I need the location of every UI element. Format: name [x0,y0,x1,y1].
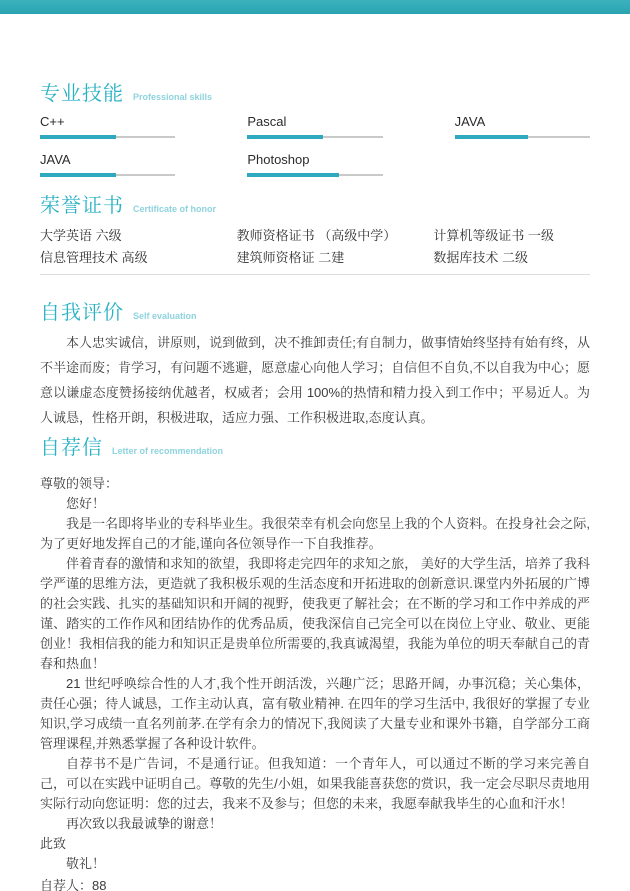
skill-item-pascal: Pascal [247,114,382,139]
skill-bar-fill [247,173,339,177]
resume-content: 专业技能 Professional skills C++ Pascal JAVA [0,82,630,891]
self-evaluation-text: 本人忠实诚信，讲原则，说到做到，决不推卸责任;有自制力，做事情始终坚持有始有终，… [40,330,590,430]
skill-bar-fill [247,135,323,139]
eval-section-subtitle: Self evaluation [133,311,197,321]
honors-section-subtitle: Certificate of honor [133,204,216,214]
letter-paragraph: 21 世纪呼唤综合性的人才,我个性开朗活泼，兴趣广泛；思路开阔，办事沉稳；关心集… [40,674,590,754]
letter-paragraph: 自荐书不是广告词，不是通行证。但我知道：一个青年人，可以通过不断的学习来完善自己… [40,754,590,814]
letter-salutation: 尊敬的领导： [40,474,590,494]
section-certificates: 荣誉证书 Certificate of honor 大学英语 六级 教师资格证书… [40,194,590,275]
letter-paragraph: 您好！ [40,494,590,514]
letter-paragraph: 再次致以我最诚挚的谢意！ [40,814,590,834]
section-recommendation-letter: 自荐信 Letter of recommendation 尊敬的领导： 您好！ … [40,436,590,891]
skill-bar [40,173,175,177]
letter-section-subtitle: Letter of recommendation [112,446,223,456]
skill-bar [247,135,382,139]
skill-bar-fill [455,135,528,139]
section-professional-skills: 专业技能 Professional skills C++ Pascal JAVA [40,82,590,177]
certificate-item: 计算机等级证书 一级 [433,225,590,247]
letter-paragraph: 伴着青春的激情和求知的欲望，我即将走完四年的求知之旅， 美好的大学生活，培养了我… [40,554,590,674]
certificate-item: 教师资格证书 （高级中学） [237,225,394,247]
letter-section-title: 自荐信 [40,436,103,460]
skill-bar [40,135,175,139]
skill-bar [455,135,590,139]
letter-paragraph: 我是一名即将毕业的专科毕业生。我很荣幸有机会向您呈上我的个人资料。在投身社会之际… [40,514,590,554]
certificate-item: 信息管理技术 高级 [40,247,197,269]
letter-closing-word: 此致 [40,834,590,854]
letter-section-header: 自荐信 Letter of recommendation [40,436,590,460]
skill-bar [247,173,382,177]
skill-item-photoshop: Photoshop [247,152,382,177]
skill-bar-fill [40,173,116,177]
skills-section-header: 专业技能 Professional skills [40,82,590,106]
letter-signature: 自荐人：88 [40,876,590,891]
skill-label: C++ [40,114,175,129]
skill-label: JAVA [40,152,175,167]
honors-section-title: 荣誉证书 [40,194,124,218]
certificate-item: 大学英语 六级 [40,225,197,247]
letter-salute-word: 敬礼！ [40,854,590,874]
skill-item-java-2: JAVA [40,152,175,177]
skill-label: Pascal [247,114,382,129]
honors-section-header: 荣誉证书 Certificate of honor [40,194,590,218]
skill-label: Photoshop [247,152,382,167]
certificate-item: 建筑师资格证 二建 [237,247,394,269]
section-divider [40,274,590,275]
certificate-item: 数据库技术 二级 [433,247,590,269]
skills-section-subtitle: Professional skills [133,92,212,102]
section-self-evaluation: 自我评价 Self evaluation 本人忠实诚信，讲原则，说到做到，决不推… [40,301,590,430]
skill-label: JAVA [455,114,590,129]
letter-body: 尊敬的领导： 您好！ 我是一名即将毕业的专科毕业生。我很荣幸有机会向您呈上我的个… [40,474,590,891]
skill-item-java-1: JAVA [455,114,590,139]
skills-grid: C++ Pascal JAVA [40,114,590,177]
page-top-accent-bar [0,0,630,14]
honors-grid: 大学英语 六级 教师资格证书 （高级中学） 计算机等级证书 一级 信息管理技术 … [40,225,590,269]
eval-section-title: 自我评价 [40,301,124,325]
skill-item-cpp: C++ [40,114,175,139]
eval-section-header: 自我评价 Self evaluation [40,301,590,325]
skill-bar-fill [40,135,116,139]
skills-section-title: 专业技能 [40,82,124,106]
